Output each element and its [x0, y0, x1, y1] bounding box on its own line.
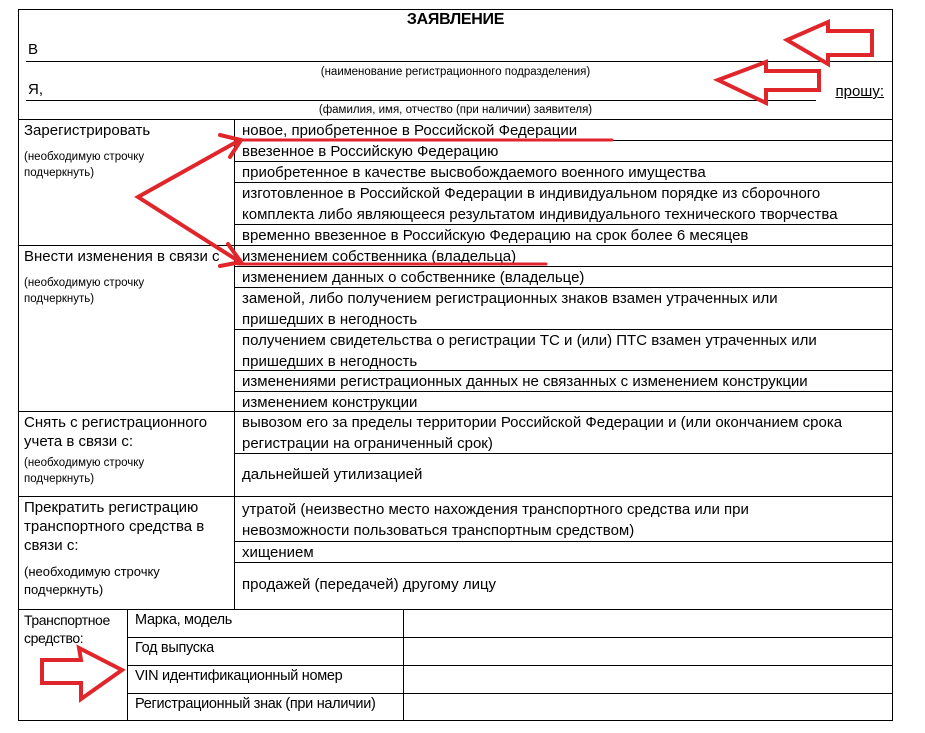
- section-deregister-label-cell: Снять с регистрационного учета в связи с…: [18, 411, 235, 497]
- to-caption: (наименование регистрационного подраздел…: [18, 66, 893, 78]
- vehicle-field-label-year: Год выпуска: [127, 637, 404, 666]
- application-form: ЗАЯВЛЕНИЕ В (наименование регистрационно…: [18, 9, 894, 721]
- option-text: заменой, либо получением регистрационных…: [242, 290, 778, 328]
- option-change-reg-data[interactable]: изменениями регистрационных данных не св…: [234, 370, 893, 392]
- vehicle-field-value-plate[interactable]: [403, 693, 893, 721]
- option-register-temporary[interactable]: временно ввезенное в Российскую Федераци…: [234, 224, 893, 246]
- option-loss[interactable]: утратой (неизвестно место нахождения тра…: [234, 496, 893, 542]
- from-caption: (фамилия, имя, отчество (при наличии) за…: [18, 104, 893, 116]
- vehicle-field-label-make: Марка, модель: [127, 609, 404, 638]
- option-text: новое, приобретенное в Российской Федера…: [242, 122, 577, 139]
- option-replace-certificate[interactable]: получением свидетельства о регистрации Т…: [234, 329, 893, 371]
- option-register-new[interactable]: новое, приобретенное в Российской Федера…: [234, 119, 893, 141]
- vehicle-field-value-year[interactable]: [403, 637, 893, 666]
- option-text: вывозом его за пределы территории Россий…: [242, 414, 842, 452]
- field-label: Год выпуска: [135, 640, 214, 656]
- option-text: приобретенное в качестве высвобождаемого…: [242, 164, 706, 181]
- section-hint: (необходимую строчку подчеркнуть): [19, 455, 174, 487]
- option-text: изменением собственника (владельца): [242, 248, 516, 265]
- vehicle-field-label-vin: VIN идентификационный номер: [127, 665, 404, 694]
- section-title: Снять с регистрационного учета в связи с…: [19, 412, 224, 451]
- to-field-line[interactable]: [26, 61, 893, 62]
- option-register-imported[interactable]: ввезенное в Российскую Федерацию: [234, 140, 893, 162]
- request-suffix: прошу:: [835, 83, 884, 100]
- option-text: изготовленное в Российской Федерации в и…: [242, 185, 838, 223]
- option-text: получением свидетельства о регистрации Т…: [242, 332, 817, 370]
- vehicle-field-value-vin[interactable]: [403, 665, 893, 694]
- section-title: Внести изменения в связи с: [19, 246, 234, 266]
- to-prefix: В: [28, 41, 38, 58]
- option-text: ввезенное в Российскую Федерацию: [242, 143, 498, 160]
- option-text: дальнейшей утилизацией: [242, 466, 422, 483]
- option-text: изменением данных о собственнике (владел…: [242, 269, 584, 286]
- option-disposal[interactable]: дальнейшей утилизацией: [234, 453, 893, 497]
- option-register-custom-built[interactable]: изготовленное в Российской Федерации в и…: [234, 182, 893, 225]
- option-text: продажей (передачей) другому лицу: [242, 576, 496, 593]
- section-title: Прекратить регистрацию транспортного сре…: [19, 497, 224, 555]
- option-sale[interactable]: продажей (передачей) другому лицу: [234, 562, 893, 610]
- vehicle-title: Транспортное средство:: [19, 610, 127, 647]
- section-hint: (необходимую строчку подчеркнуть): [19, 275, 174, 307]
- vehicle-field-label-plate: Регистрационный знак (при наличии): [127, 693, 404, 721]
- vehicle-field-value-make[interactable]: [403, 609, 893, 638]
- section-hint: (необходимую строчку подчеркнуть): [19, 149, 174, 181]
- option-text: временно ввезенное в Российскую Федераци…: [242, 227, 748, 244]
- option-text: изменением конструкции: [242, 394, 417, 411]
- from-field-line[interactable]: [26, 100, 816, 101]
- option-theft[interactable]: хищением: [234, 541, 893, 563]
- option-change-owner-data[interactable]: изменением данных о собственнике (владел…: [234, 266, 893, 288]
- section-changes-label-cell: Внести изменения в связи с (необходимую …: [18, 245, 235, 412]
- section-title: Зарегистрировать: [19, 120, 234, 140]
- option-change-owner[interactable]: изменением собственника (владельца): [234, 245, 893, 267]
- option-text: хищением: [242, 544, 314, 561]
- option-text: изменениями регистрационных данных не св…: [242, 373, 808, 390]
- option-register-military[interactable]: приобретенное в качестве высвобождаемого…: [234, 161, 893, 183]
- field-label: VIN идентификационный номер: [135, 668, 342, 684]
- option-text: утратой (неизвестно место нахождения тра…: [242, 501, 749, 539]
- field-label: Марка, модель: [135, 612, 232, 628]
- option-change-construction[interactable]: изменением конструкции: [234, 391, 893, 412]
- option-replace-plates[interactable]: заменой, либо получением регистрационных…: [234, 287, 893, 330]
- field-label: Регистрационный знак (при наличии): [135, 696, 376, 712]
- vehicle-label-cell: Транспортное средство:: [18, 609, 128, 721]
- section-hint: (необходимую строчку подчеркнуть): [19, 563, 194, 599]
- section-terminate-label-cell: Прекратить регистрацию транспортного сре…: [18, 496, 235, 610]
- option-export[interactable]: вывозом его за пределы территории Россий…: [234, 411, 893, 454]
- section-register-label-cell: Зарегистрировать (необходимую строчку по…: [18, 119, 235, 246]
- from-prefix: Я,: [28, 81, 43, 98]
- form-title: ЗАЯВЛЕНИЕ: [18, 11, 893, 29]
